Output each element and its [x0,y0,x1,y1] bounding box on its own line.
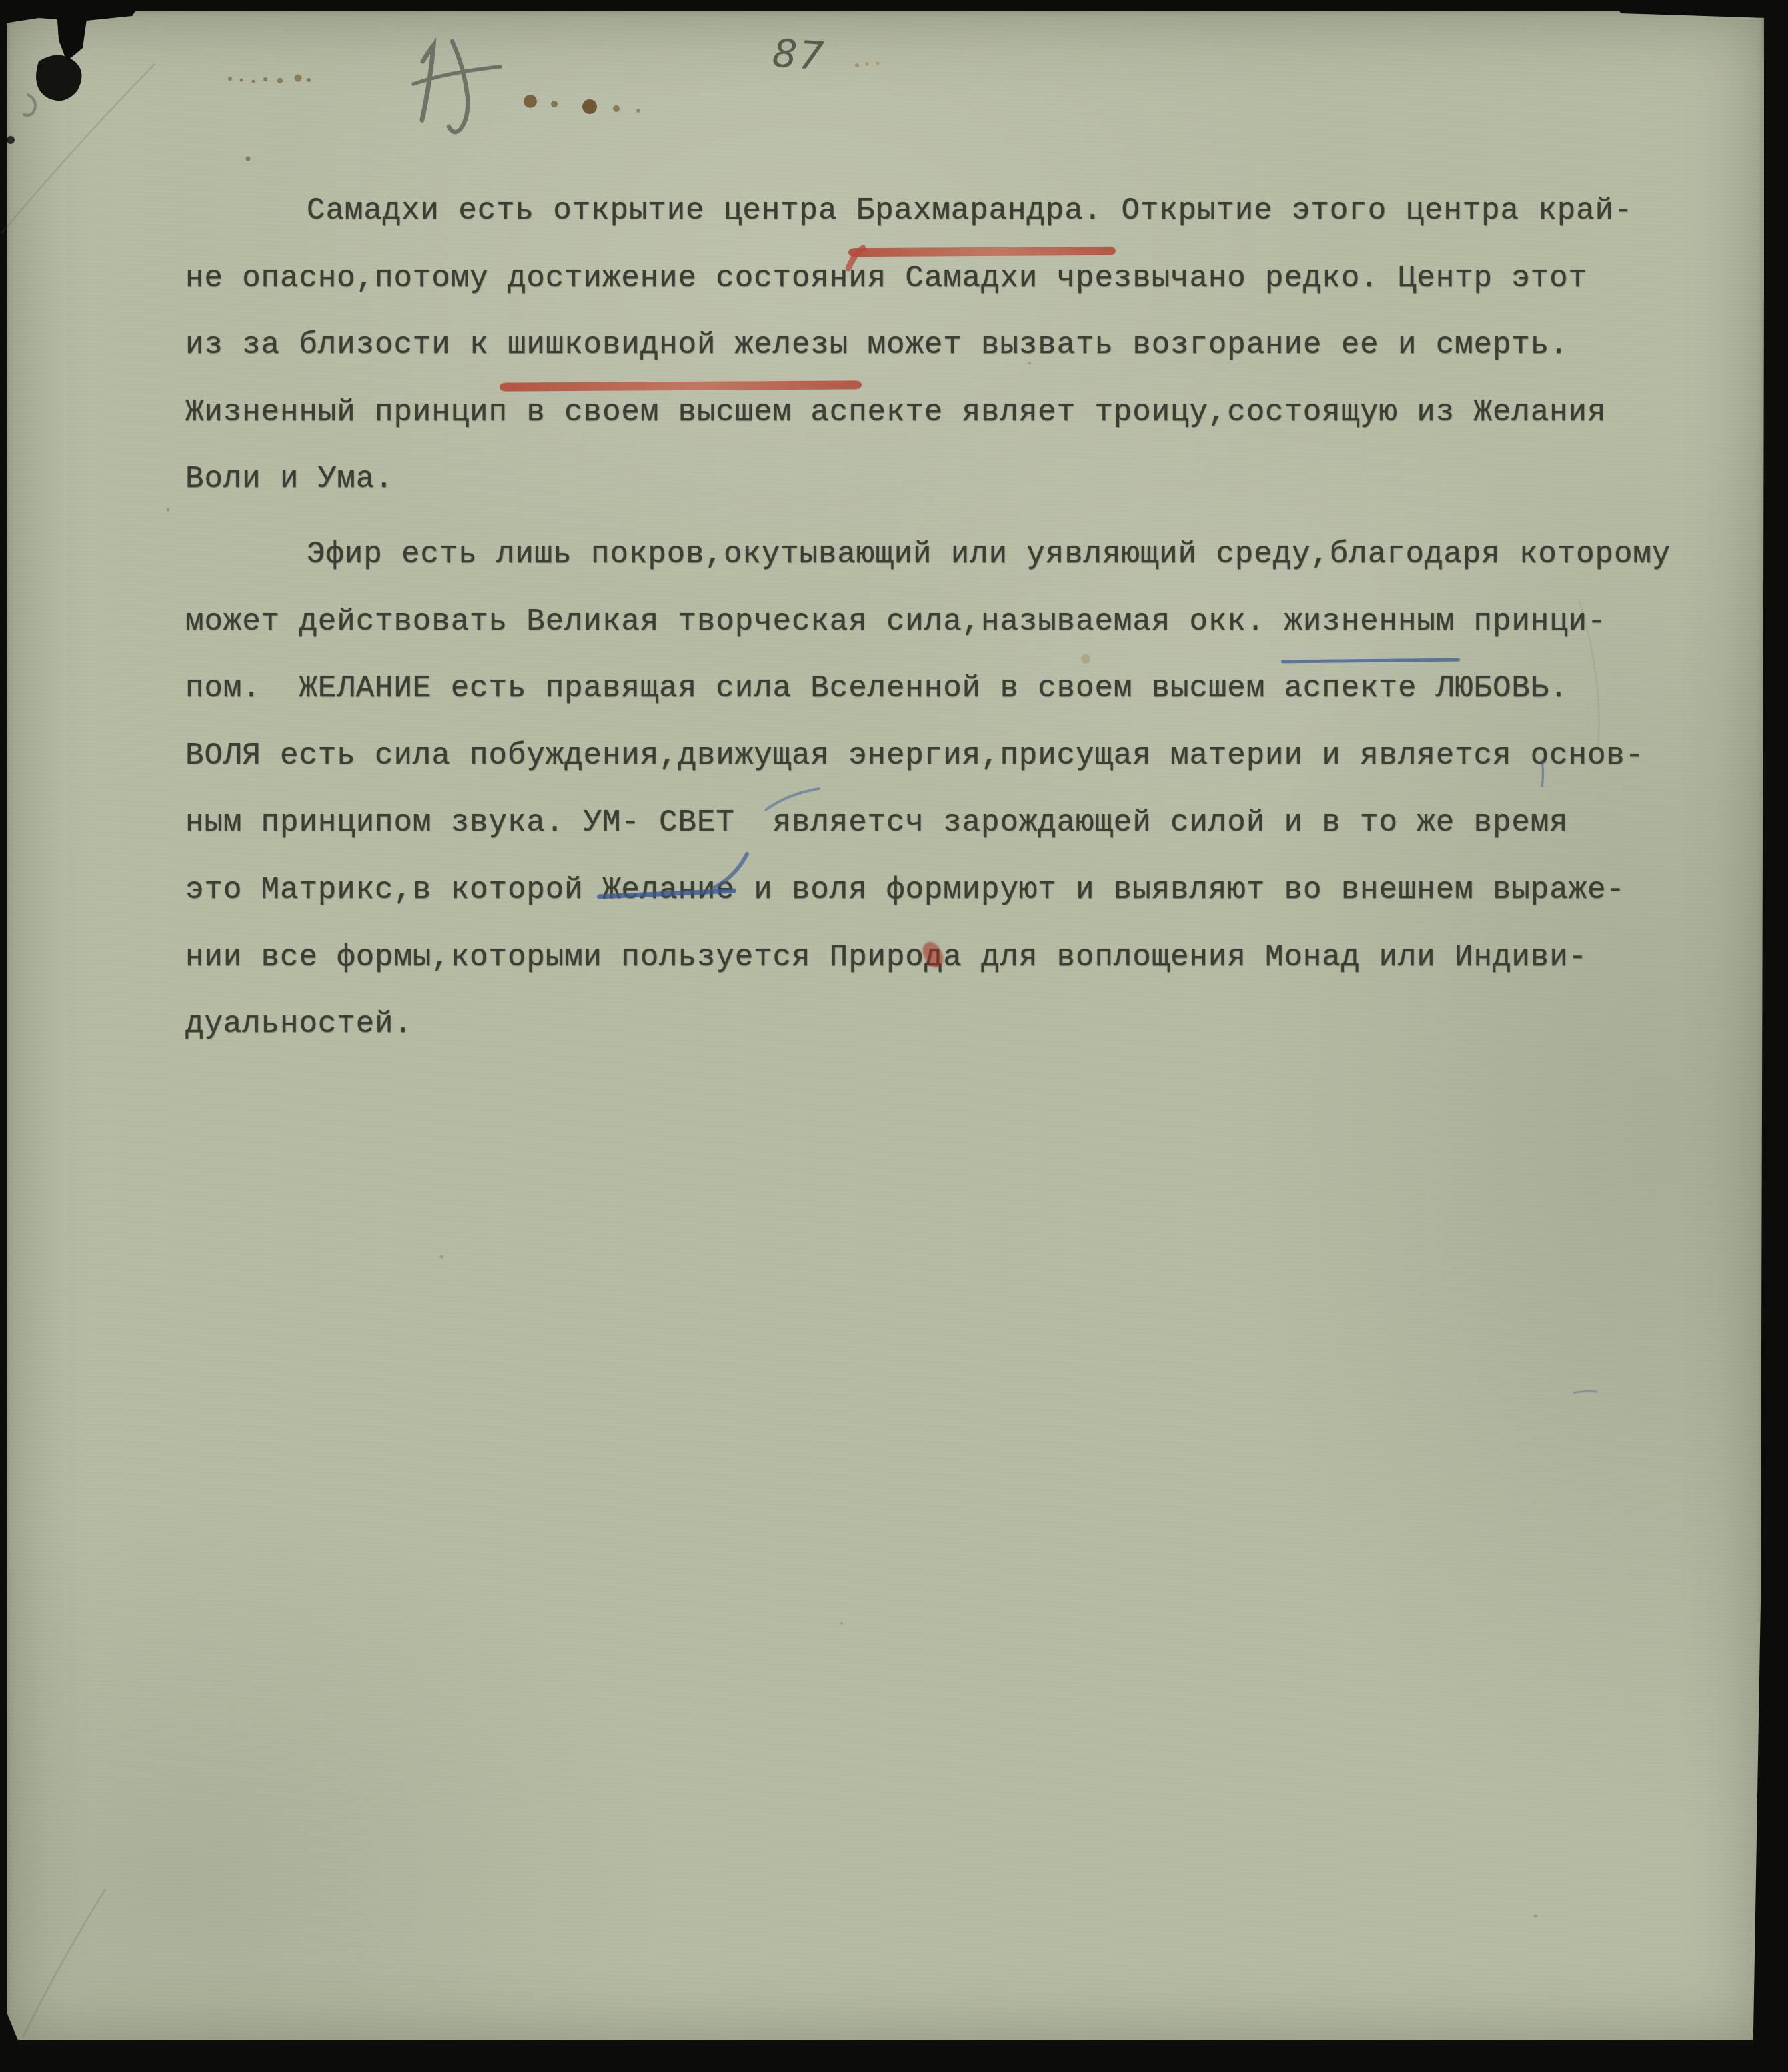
handwritten-page-number: 87 [771,30,827,79]
text-segment: Эфир есть лишь покров,окутывающий или уя… [307,521,1671,588]
text-line: может действовать Великая творческая сил… [185,588,1693,656]
text-segment: не опасно,потому достижение состояния Са… [185,245,1587,312]
text-segment: может действовать Великая творческая сил… [185,588,1284,656]
text-segment: дуальностей. [185,991,413,1058]
typewritten-text: Самадхи есть открытие центра Брахмарандр… [185,177,1693,1058]
text-line: дуальностей. [185,991,1693,1058]
text-segment: а для воплощения Монад или Индиви- [943,924,1587,991]
text-line: Воли и Ума. [185,446,1693,513]
text-blue-strike: Желание [602,857,735,924]
text-segment: может вызвать возгорание ее и смерть. [848,312,1568,379]
paper: Самадхи есть открытие центра Брахмарандр… [7,11,1764,2045]
text-segment: пом. ЖЕЛАНИЕ есть правящая сила Вселенно… [185,655,1569,722]
text-line: нии все формы,которыми пользуется Природ… [185,924,1693,991]
text-line: не опасно,потому достижение состояния Са… [185,245,1693,312]
text-line: это Матрикс,в которой Желание и воля фор… [185,857,1693,924]
text-line: пом. ЖЕЛАНИЕ есть правящая сила Вселенно… [185,655,1693,722]
scan-container: Самадхи есть открытие центра Брахмарандр… [0,0,1788,2072]
text-segment: Открытие этого центра край- [1102,177,1633,245]
text-line: Самадхи есть открытие центра Брахмарандр… [185,177,1693,245]
text-red-overmark: д [924,924,943,991]
text-segment: ным принципом звука. УМ- СВЕТ являетсч з… [185,789,1569,857]
text-segment: и воля формируют и выявляют во внешнем в… [735,857,1625,924]
text-red-underline: шишковидной железы [508,312,848,379]
text-segment: из за близости к [185,312,508,379]
text-line: ным принципом звука. УМ- СВЕТ являетсч з… [185,789,1693,857]
text-line: ВОЛЯ есть сила побуждения,движущая энерг… [185,722,1693,790]
text-segment: принци- [1455,588,1606,656]
text-segment: это Матрикс,в которой [185,857,602,924]
text-segment: Самадхи есть открытие центра [307,177,856,245]
text-segment: Жизненный принцип в своем высшем аспекте… [185,379,1606,446]
text-red-underline: Брахмарандра. [856,177,1102,245]
text-line: Жизненный принцип в своем высшем аспекте… [185,379,1693,446]
text-segment: Воли и Ума. [185,446,393,513]
text-line: Эфир есть лишь покров,окутывающий или уя… [185,521,1693,588]
text-segment: ВОЛЯ есть сила побуждения,движущая энерг… [185,722,1644,790]
text-line: из за близости к шишковидной железы може… [185,312,1693,379]
text-blue-underline: жизненным [1284,588,1455,656]
text-segment: нии все формы,которыми пользуется Приро [185,924,924,991]
